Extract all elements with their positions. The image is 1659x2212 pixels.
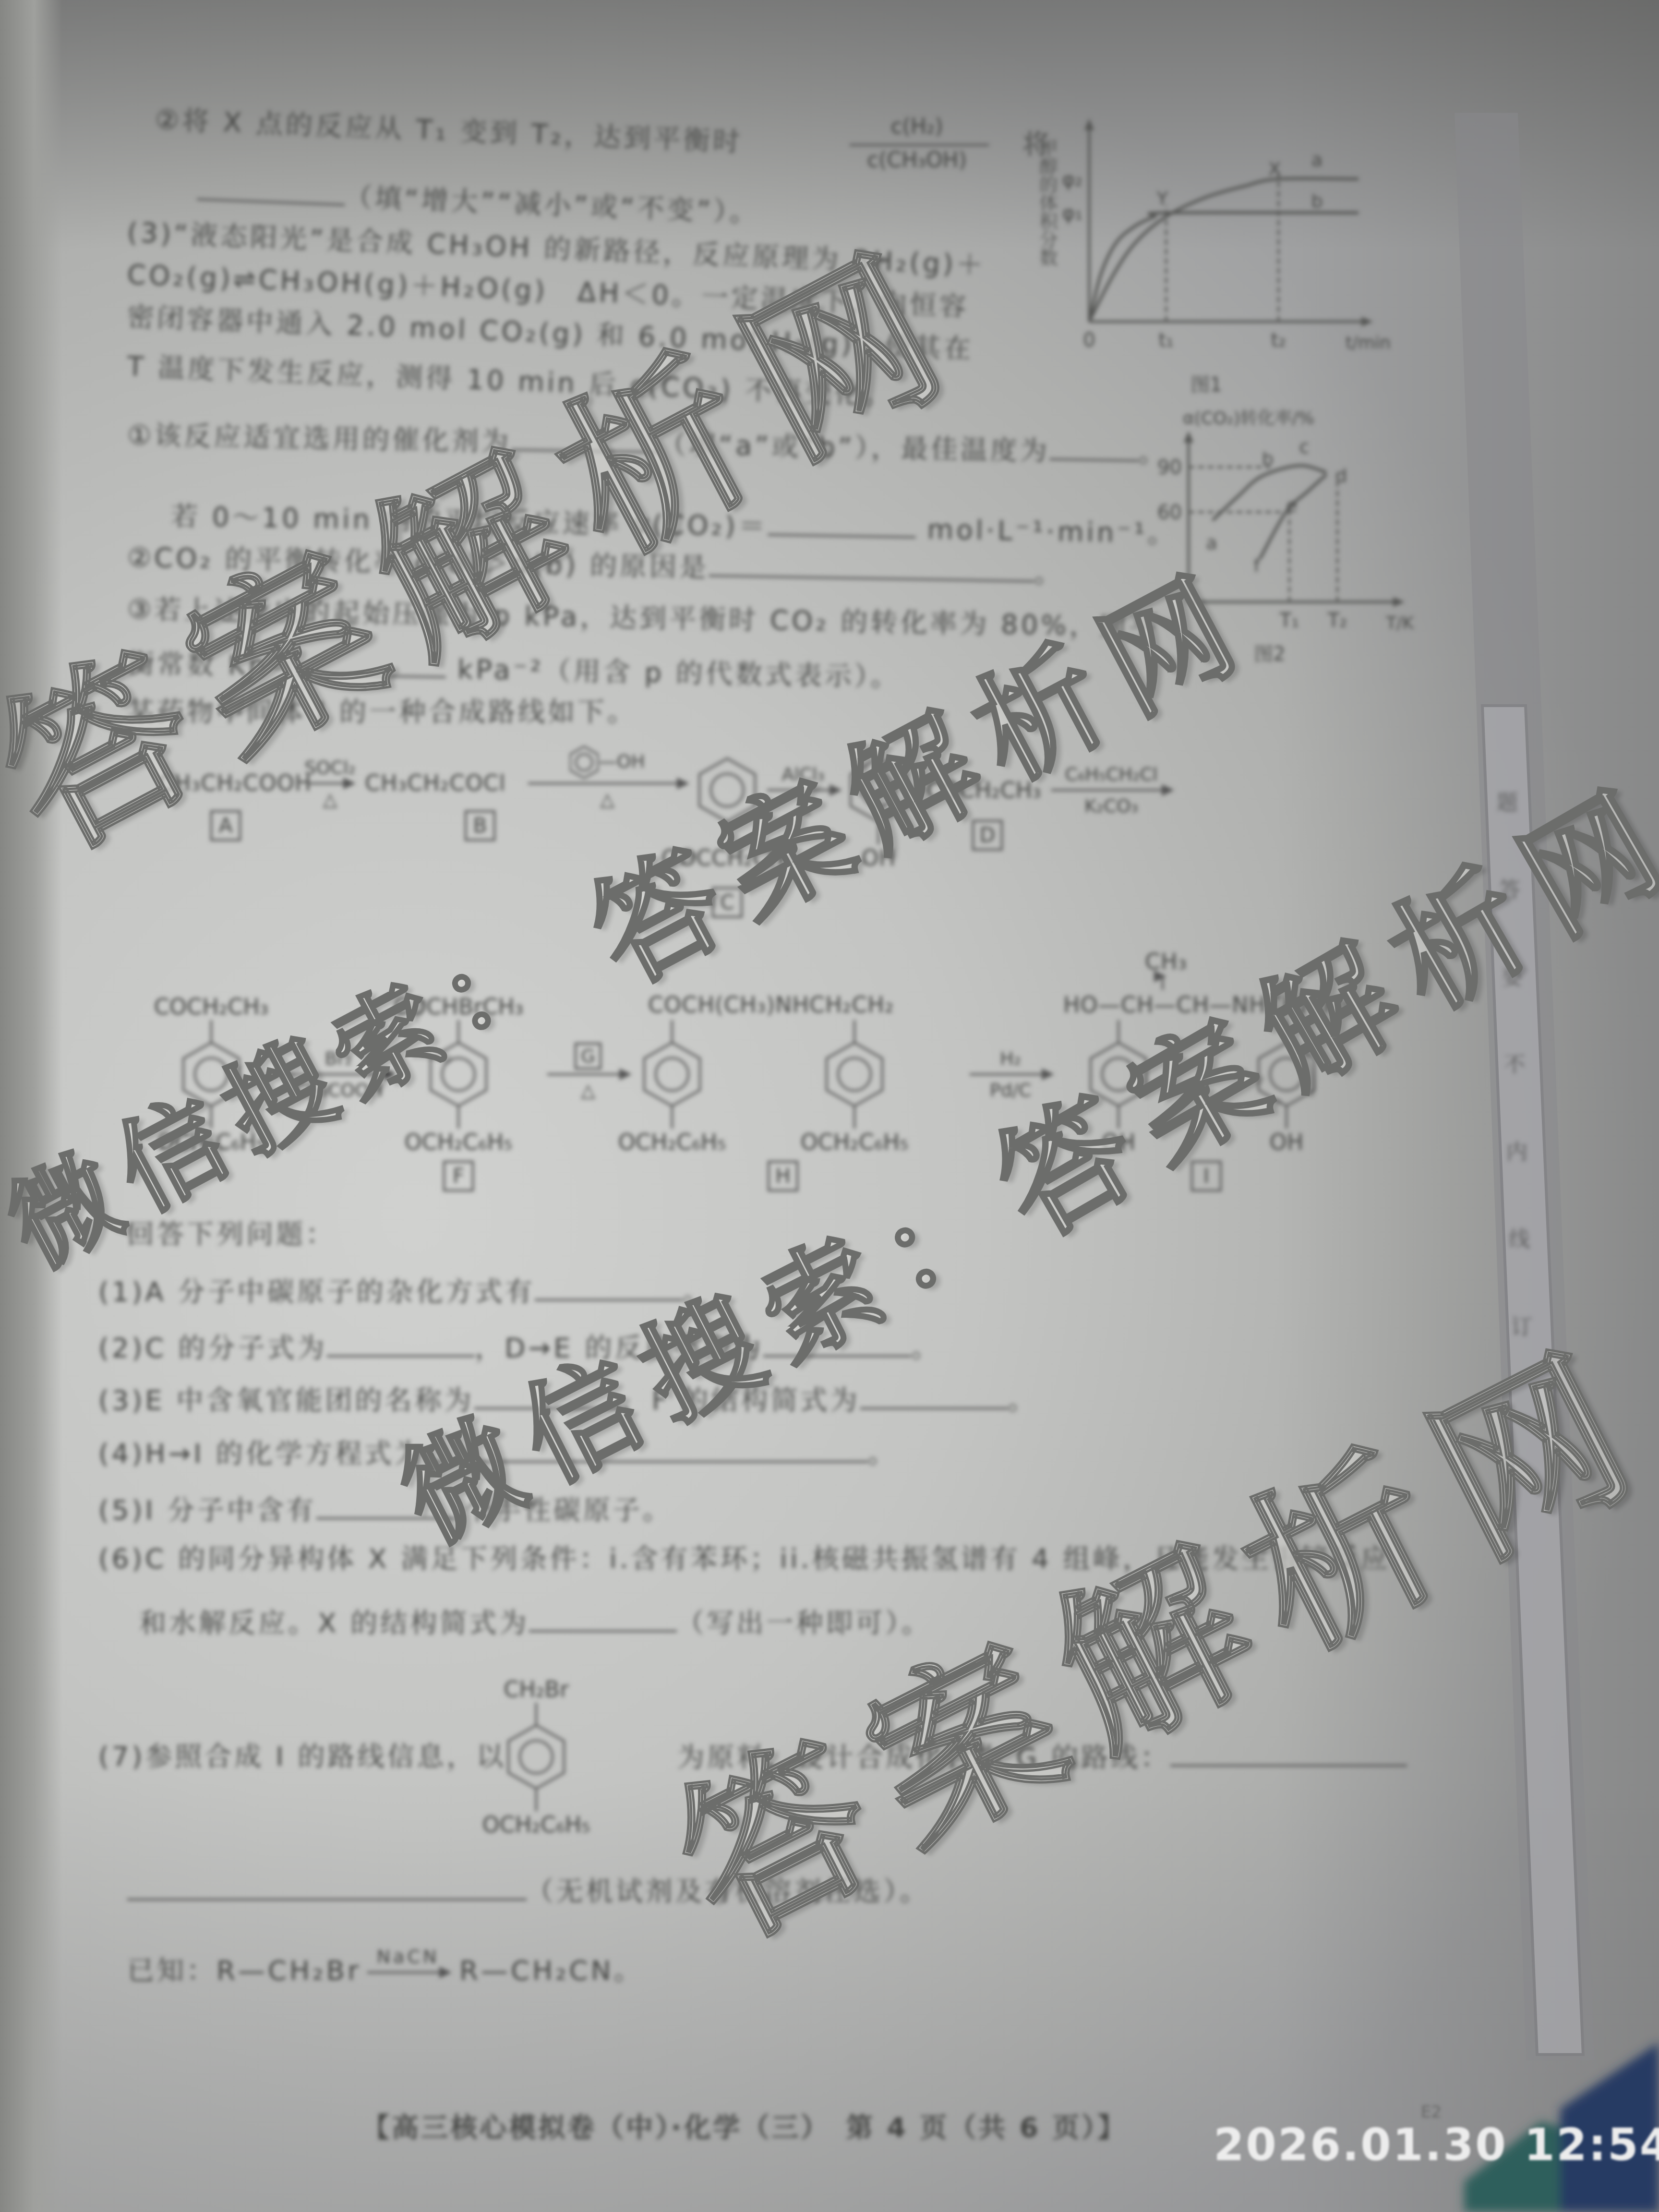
reaction-arrow: —OH △	[528, 782, 686, 784]
series-b	[1089, 213, 1358, 322]
x-axis-arrow-icon	[1393, 597, 1405, 607]
reagent-substituent: —OH	[599, 751, 645, 772]
bond	[671, 1107, 673, 1129]
benzene-ring-icon	[507, 1724, 565, 1790]
known-reaction-note: 已知：R—CH₂BrNaCNR—CH₂CN。	[127, 1955, 644, 1987]
bond	[854, 1107, 855, 1129]
label-h: H	[768, 1161, 798, 1191]
series-curve-2	[1260, 475, 1326, 559]
answer-blank	[127, 1875, 527, 1900]
note-reactant: 已知：R—CH₂Br	[127, 1955, 361, 1986]
answer-blank	[860, 1383, 1008, 1409]
point-label: X	[1268, 158, 1281, 180]
x-tick-label: t₁	[1158, 329, 1174, 351]
note-reagent: NaCN	[377, 1946, 440, 1968]
label-b: B	[465, 810, 495, 841]
photo-timestamp: 2026.01.30 12:54	[1214, 2119, 1659, 2171]
question-7: (7)参照合成 I 的路线信息，以	[98, 1741, 506, 1773]
bond	[457, 1107, 459, 1129]
compound-h-chain: COCH(CH₃)NHCH₂CH₂	[648, 991, 894, 1018]
x-tick-label: t₂	[1271, 329, 1286, 351]
x-tick-label: T₁	[1279, 610, 1299, 632]
point-label: b	[1311, 191, 1322, 212]
figure-caption: 图1	[1190, 374, 1222, 396]
substituent: OCH₂C₆H₅	[801, 1129, 909, 1155]
corner-print-mark: E2	[1421, 2103, 1442, 2122]
reaction-arrow: C₆H₅CH₂Cl K₂CO₃	[1051, 789, 1171, 791]
y-axis-arrow-icon	[1184, 431, 1193, 443]
note-arrow: NaCN	[367, 1972, 449, 1973]
point-label: Y	[1156, 188, 1168, 209]
reagent: K₂CO₃	[1084, 795, 1138, 817]
question-6-cont: 和水解反应。X 的结构简式为（写出一种即可）。	[139, 1606, 931, 1640]
reaction-arrow: SOCl₂ △	[307, 782, 353, 784]
figure-1: 0t₁t₂φ₁φ₂t/min甲醇的体积分数XYab图1	[1036, 119, 1391, 396]
condition: △	[581, 1079, 595, 1101]
answer-blank	[529, 1606, 677, 1632]
condition: △	[323, 788, 337, 810]
reaction-arrow: G △	[547, 1073, 629, 1075]
y-tick-label: φ₂	[1062, 168, 1082, 191]
exam-photo: 题 答 要 不 内 线 订 ②将 X 点的反应从 T₁ 变到 T₂，达到平衡时 …	[0, 0, 1659, 2212]
point-label: e	[1286, 495, 1297, 516]
reagent-g: G	[575, 1043, 601, 1070]
x-tick-label: 0	[1083, 329, 1095, 351]
point-label: d	[1335, 465, 1347, 486]
y-axis-arrow-icon	[1084, 119, 1094, 130]
reagent-phenol: —OH	[570, 746, 645, 779]
label-g: G	[575, 1043, 601, 1070]
label-f: F	[443, 1161, 474, 1191]
y-axis-label: 甲醇的体积分数	[1036, 139, 1058, 266]
x-axis-label: T/K	[1385, 613, 1414, 633]
point-label: a	[1311, 149, 1322, 170]
bond	[535, 1703, 537, 1724]
note-product: R—CH₂CN。	[459, 1955, 644, 1986]
reagent: H₂	[1000, 1047, 1021, 1070]
substituent: COCH₂CH₃	[154, 993, 269, 1020]
y-axis-label: α(CO₂)转化率/%	[1183, 409, 1314, 428]
benzene-ring-icon	[643, 1042, 701, 1107]
y-tick-label: φ₁	[1062, 202, 1082, 224]
substituent: CH₂Br	[504, 1676, 569, 1703]
substituent: OCH₂C₆H₅	[618, 1129, 726, 1155]
condition: △	[600, 788, 614, 810]
x-axis-arrow-icon	[1361, 317, 1373, 326]
y-tick-label: 90	[1157, 457, 1182, 479]
page-footer: 【高三核心模拟卷（中）·化学（三） 第 4 页（共 6 页）】	[362, 2106, 1127, 2145]
bond	[854, 1020, 855, 1042]
x-tick-label: T₂	[1327, 610, 1347, 632]
benzene-ring-icon	[826, 1042, 883, 1107]
compound-b: CH₃CH₂COCl	[365, 769, 506, 796]
y-tick-label: 60	[1157, 502, 1182, 524]
bond	[1162, 975, 1164, 990]
benzene-ring-icon	[570, 746, 599, 779]
point-label: b	[1262, 448, 1274, 469]
substituent: OCH₂C₆H₅	[482, 1811, 590, 1838]
point-label: f	[1253, 555, 1261, 576]
bond	[671, 1020, 673, 1042]
bond	[535, 1790, 537, 1811]
substituent: OCH₂C₆H₅	[405, 1129, 513, 1155]
point-label: c	[1299, 436, 1310, 457]
answer-blank	[327, 1331, 475, 1357]
x-axis-label: t/min	[1346, 333, 1391, 353]
